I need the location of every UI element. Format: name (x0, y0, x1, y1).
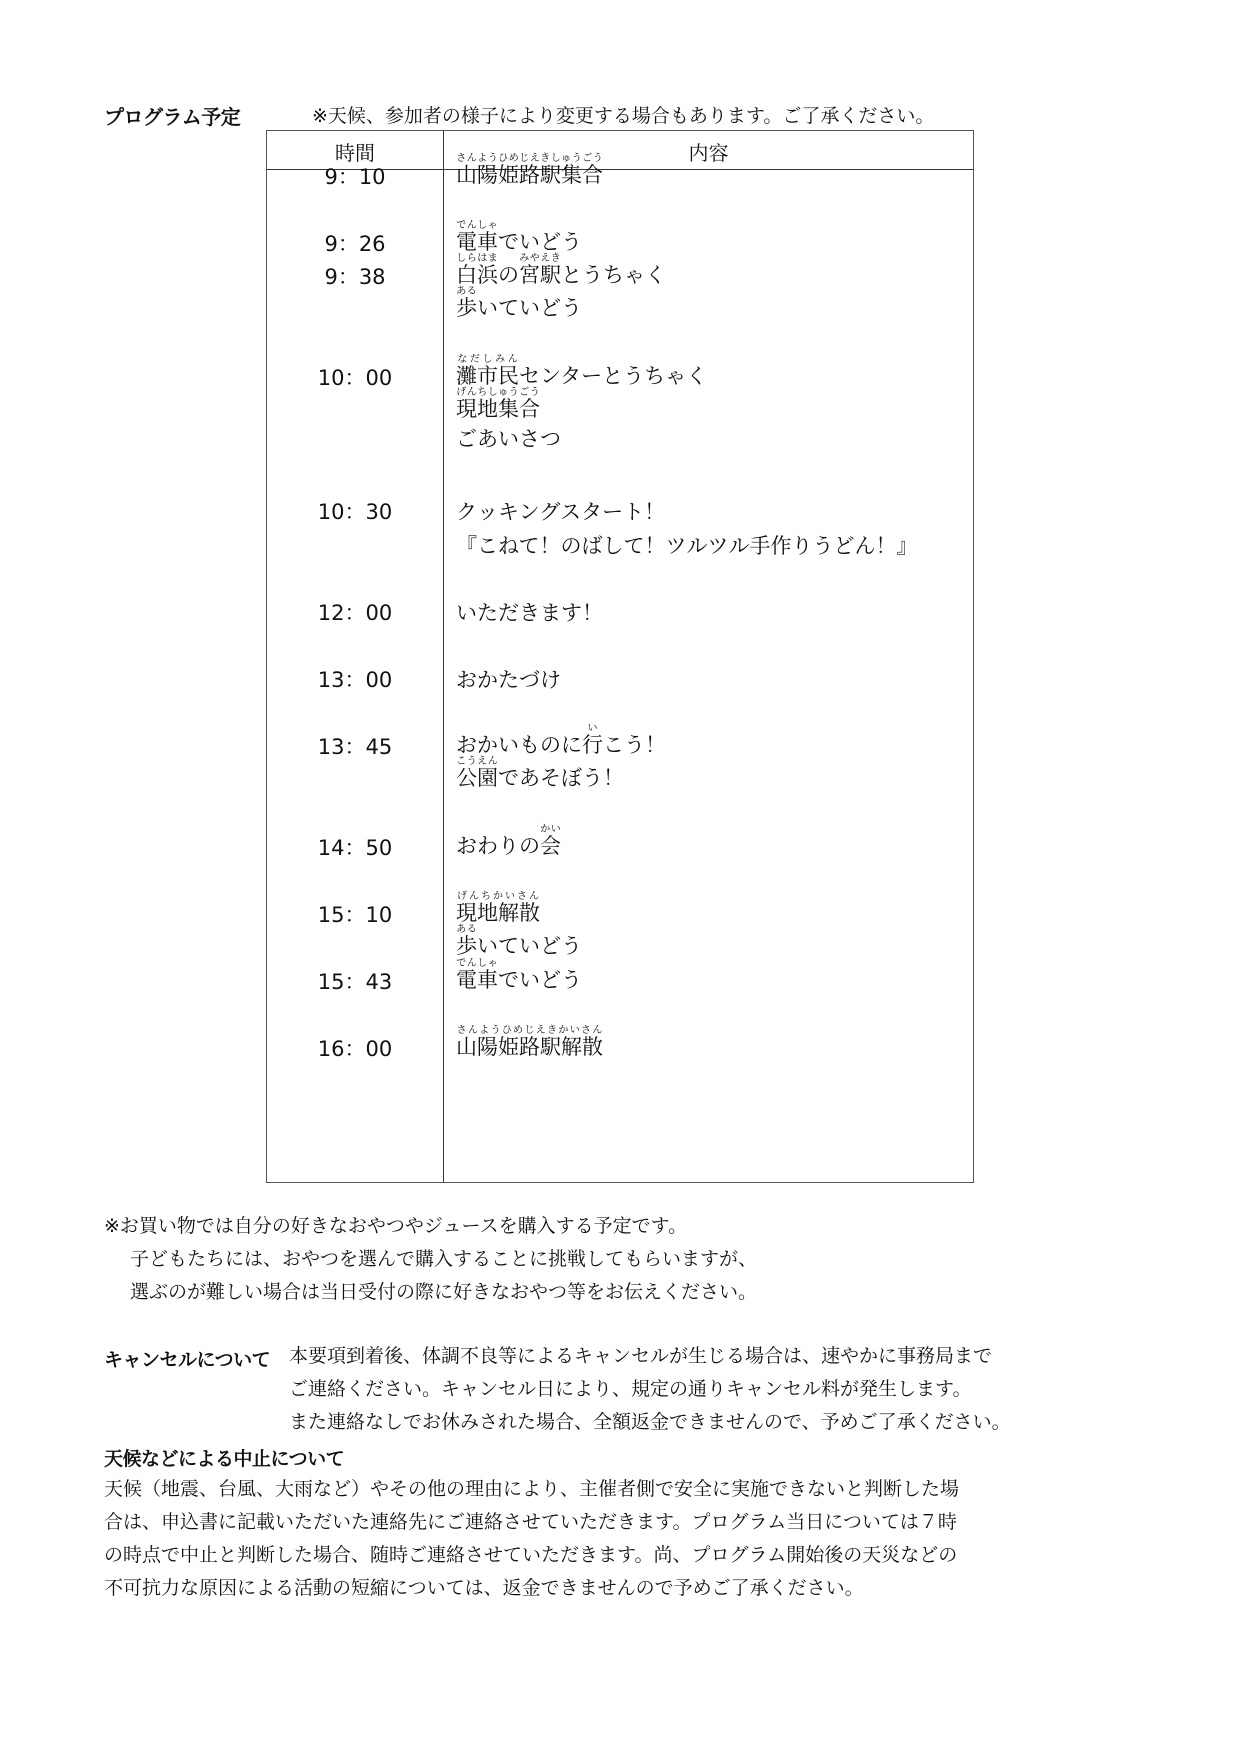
schedule-item: 『こねて！のばして！ツルツル手作りうどん！』 (456, 530, 917, 560)
schedule-item: 現地解散げんちかいさん (456, 891, 540, 927)
program-title: プログラム予定 (104, 101, 240, 130)
schedule-item: 現地集合げんちしゅうごう (456, 387, 540, 423)
schedule-item: 灘市民なだしみんセンターとうちゃく (456, 354, 707, 390)
weather-title: 天候などによる中止について (104, 1444, 344, 1471)
schedule-item: おかいものに行いこう！ (456, 723, 666, 759)
schedule-item: 電車でんしゃでいどう (456, 220, 582, 256)
cancel-title: キャンセルについて (104, 1345, 270, 1372)
time-cell: 14：50 (267, 832, 443, 862)
schedule-item: 歩あるいていどう (456, 924, 582, 960)
weather-line: 合は、申込書に記載いただいた連絡先にご連絡させていただきます。プログラム当日につ… (104, 1506, 959, 1539)
schedule-item: 山陽姫路駅集合さんようひめじえきしゅうごう (456, 153, 603, 189)
schedule-item: 白浜しらはまの宮駅みやえきとうちゃく (456, 253, 666, 289)
schedule-item: ごあいさつ (456, 423, 561, 453)
schedule-item: 公園こうえんであそぼう！ (456, 756, 624, 792)
schedule-item: 山陽姫路駅解散さんようひめじえきかいさん (456, 1025, 603, 1061)
weather-line: 不可抗力な原因による活動の短縮については、返金できませんので予めご了承ください。 (104, 1572, 959, 1605)
shopping-note-line: 選ぶのが難しい場合は当日受付の際に好きなおやつ等をお伝えください。 (104, 1276, 757, 1309)
shopping-note-line: ※お買い物では自分の好きなおやつやジュースを購入する予定です。 (104, 1210, 757, 1243)
time-cell: 15：43 (267, 966, 443, 996)
time-cell: 9：26 (267, 228, 443, 258)
column-divider (443, 131, 444, 1182)
schedule-item: 電車でんしゃでいどう (456, 958, 582, 994)
time-cell: 10：30 (267, 496, 443, 526)
time-cell: 10：00 (267, 362, 443, 392)
schedule-item: 歩あるいていどう (456, 286, 582, 322)
schedule-item: おわりの会かい (456, 824, 561, 860)
schedule-table: 時間 内容 9：109：269：3810：0010：3012：0013：0013… (266, 130, 974, 1183)
time-cell: 9：38 (267, 261, 443, 291)
schedule-item: おかたづけ (456, 664, 561, 694)
weather-body: 天候（地震、台風、大雨など）やその他の理由により、主催者側で安全に実施できないと… (104, 1473, 959, 1605)
cancel-line: また連絡なしでお休みされた場合、全額返金できませんので、予めご了承ください。 (289, 1406, 1011, 1439)
schedule-item: クッキングスタート！ (456, 496, 665, 526)
program-note: ※天候、参加者の様子により変更する場合もあります。ご了承ください。 (312, 101, 934, 128)
schedule-item: いただきます！ (456, 597, 603, 627)
time-cell: 15：10 (267, 899, 443, 929)
weather-line: の時点で中止と判断した場合、随時ご連絡させていただきます。尚、プログラム開始後の… (104, 1539, 959, 1572)
time-cell: 13：00 (267, 664, 443, 694)
cancel-body: 本要項到着後、体調不良等によるキャンセルが生じる場合は、速やかに事務局まで ご連… (289, 1340, 1011, 1439)
time-cell: 16：00 (267, 1033, 443, 1063)
cancel-line: ご連絡ください。キャンセル日により、規定の通りキャンセル料が発生します。 (289, 1373, 1011, 1406)
shopping-note: ※お買い物では自分の好きなおやつやジュースを購入する予定です。 子どもたちには、… (104, 1210, 757, 1309)
time-cell: 12：00 (267, 597, 443, 627)
time-cell: 9：10 (267, 161, 443, 191)
time-cell: 13：45 (267, 731, 443, 761)
shopping-note-line: 子どもたちには、おやつを選んで購入することに挑戦してもらいますが、 (104, 1243, 757, 1276)
cancel-line: 本要項到着後、体調不良等によるキャンセルが生じる場合は、速やかに事務局まで (289, 1340, 1011, 1373)
weather-line: 天候（地震、台風、大雨など）やその他の理由により、主催者側で安全に実施できないと… (104, 1473, 959, 1506)
